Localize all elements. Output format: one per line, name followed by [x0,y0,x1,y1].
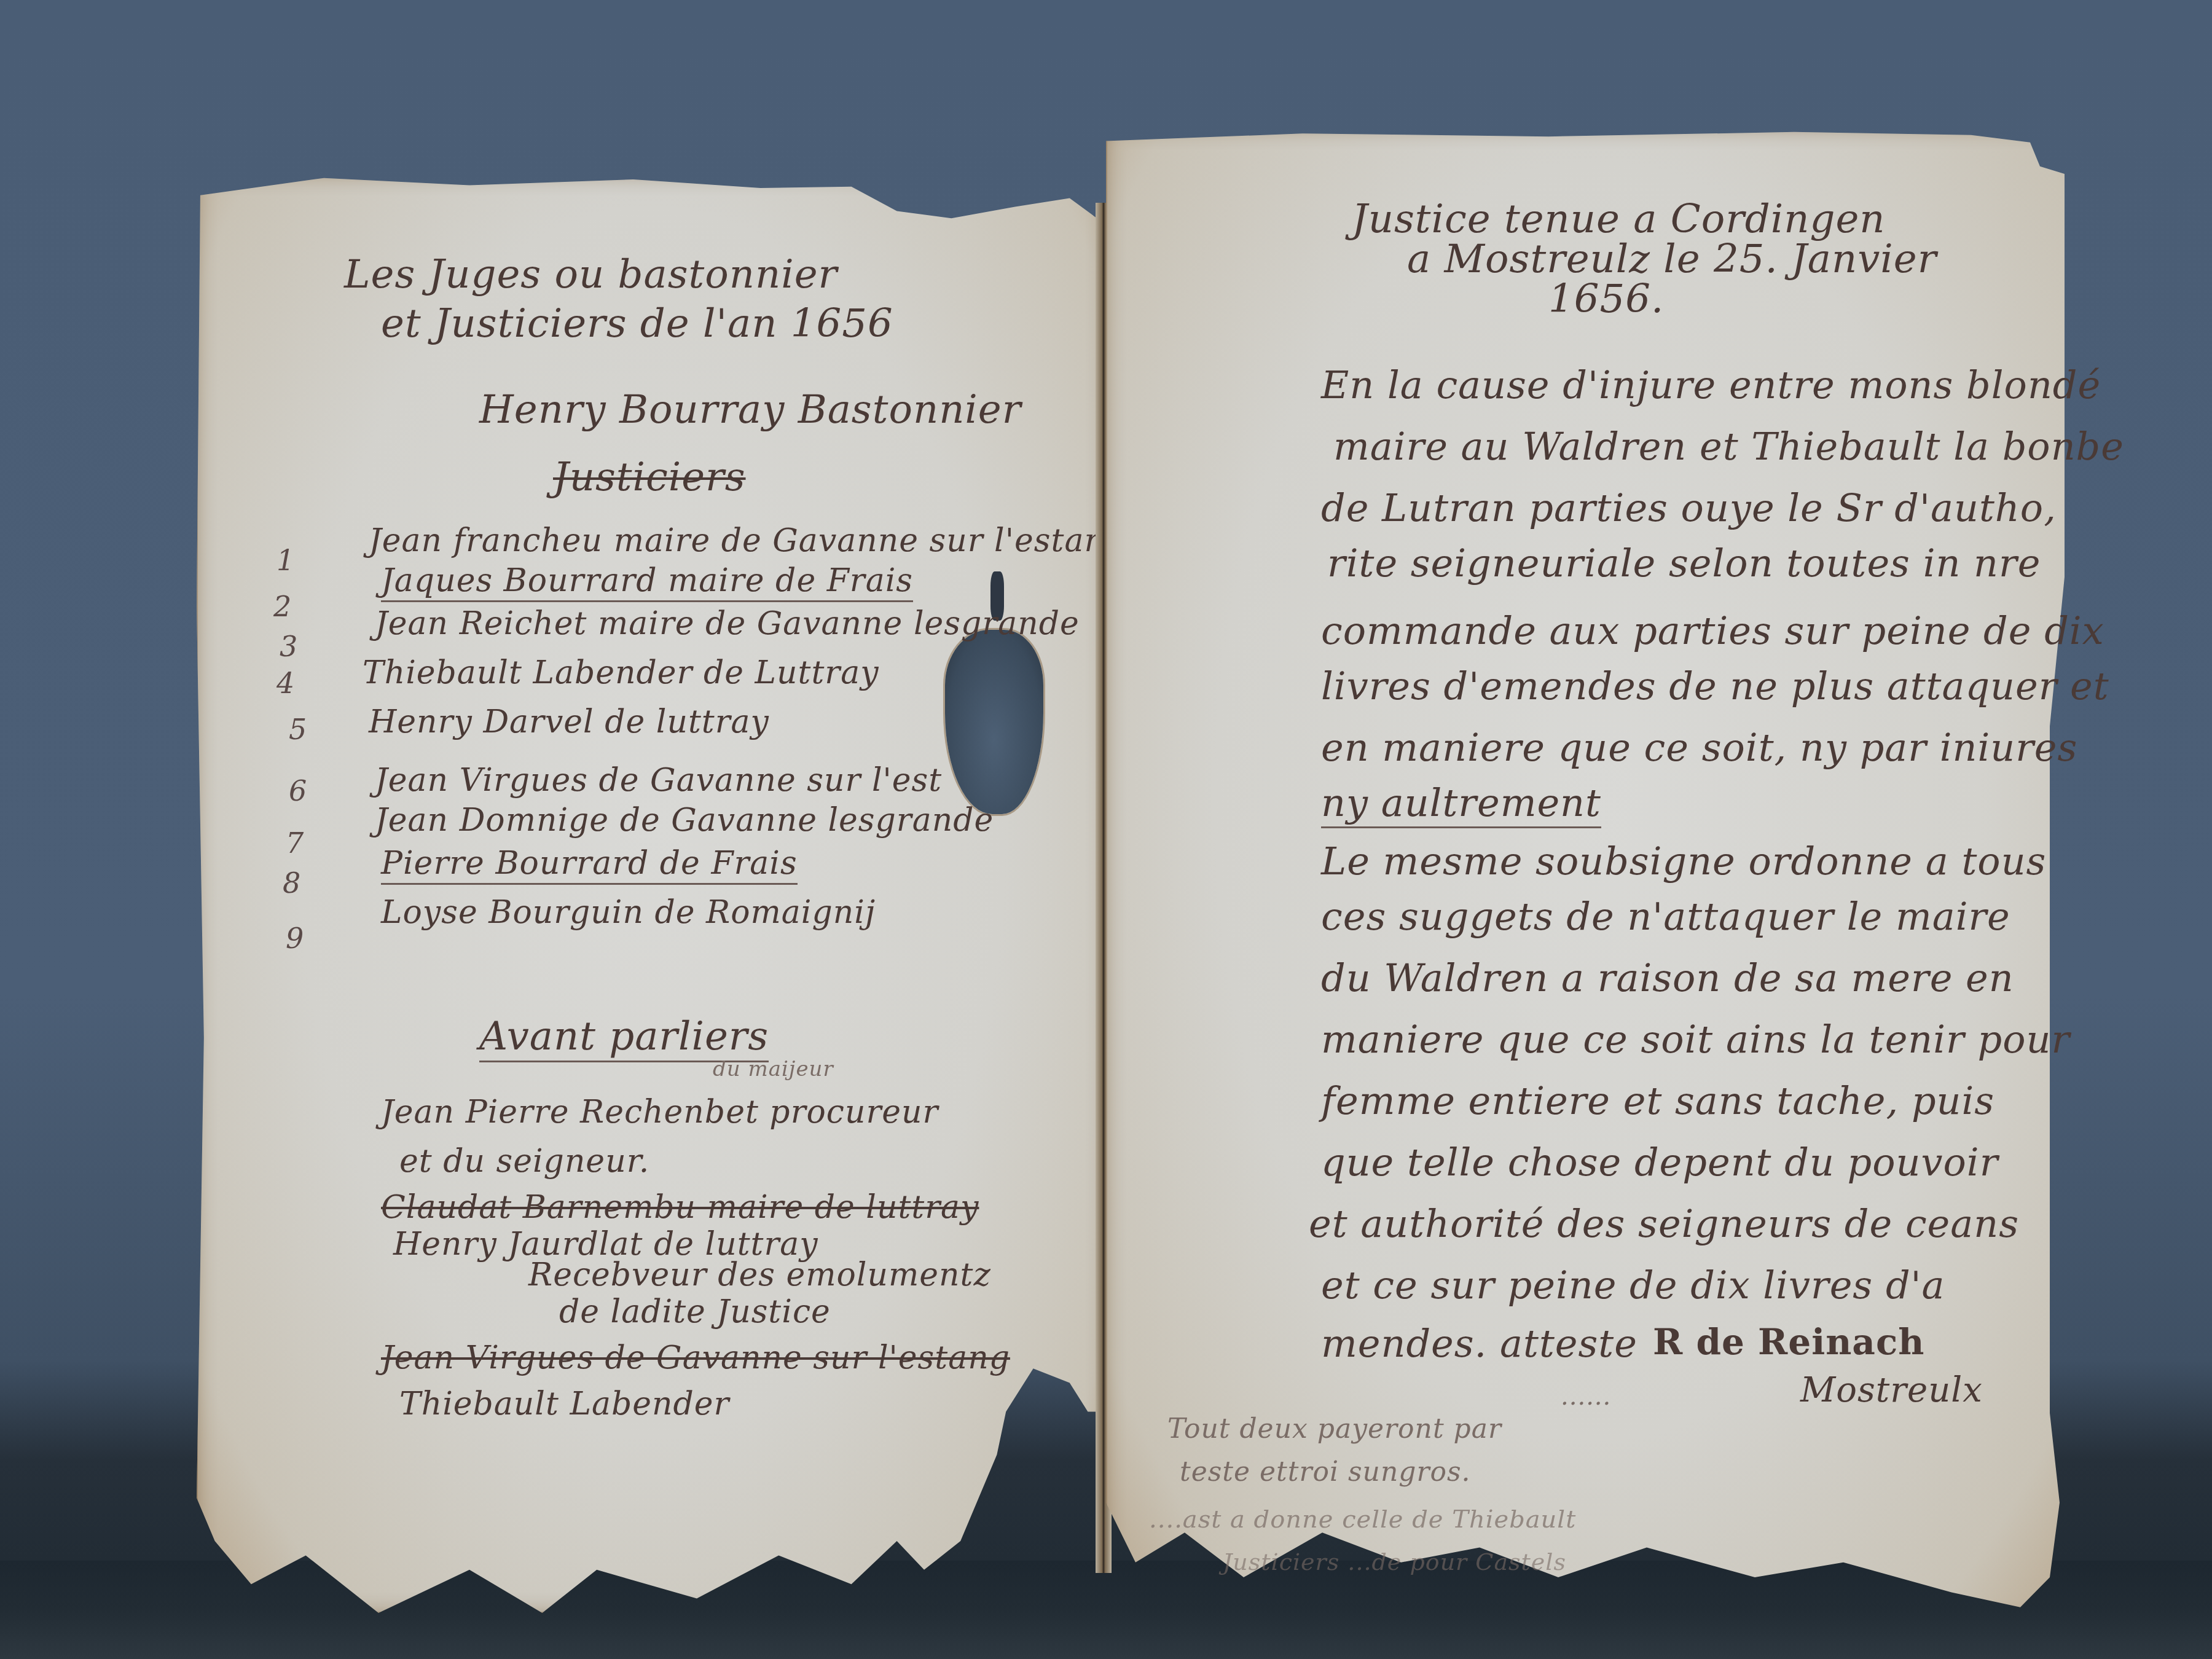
list-number: 3 [280,630,297,663]
section-heading: Avant parliers [479,1014,769,1062]
left-heading-line2: et Justiciers de l'an 1656 [381,301,893,347]
body-line: ces suggets de n'attaquer le maire [1321,894,2010,939]
left-subheading-line2: Justiciers [553,455,746,500]
list-number: 8 [283,866,300,900]
body-line: maire au Waldren et Thiebault la bonbe [1333,424,2124,469]
left-heading-line1: Les Juges ou bastonnier [344,252,837,297]
list-number: 9 [286,922,304,955]
list-item: Pierre Bourrard de Frais [381,845,798,885]
body-line: que telle chose depent du pouvoir [1321,1140,1998,1185]
signature-place: Mostreulx [1800,1370,1983,1410]
signature-dots: ...... [1561,1382,1611,1411]
entry: Thiebault Labender [399,1386,729,1422]
list-number: 7 [286,826,304,860]
body-line: livres d'emendes de ne plus attaquer et [1321,664,2109,708]
paper-hole [945,630,1043,814]
body-line: de Lutran parties ouye le Sr d'autho, [1321,485,2057,530]
body-line: et ce sur peine de dix livres d'a [1321,1263,1945,1308]
body-line: Le mesme soubsigne ordonne a tous [1321,839,2046,884]
body-line: en maniere que ce soit, ny par iniures [1321,725,2077,770]
list-number: 6 [289,774,307,807]
list-item: Jean francheu maire de Gavanne sur l'est… [369,522,1126,559]
body-line: En la cause d'injure entre mons blondé [1321,363,2101,407]
body-line: du Waldren a raison de sa mere en [1321,955,2014,1000]
list-item: Loyse Bourguin de Romaignij [381,894,876,931]
list-number: 5 [289,713,307,746]
list-item: Henry Darvel de luttray [369,704,769,740]
entry: Jean Pierre Rechenbet procureur [381,1094,938,1131]
left-subheading-line1: Henry Bourray Bastonnier [479,387,1021,433]
entry: Recebveur des emolumentz [528,1257,991,1293]
list-item: Jaques Bourrard maire de Frais [381,562,913,602]
list-number: 2 [273,590,291,623]
footnote-line: Justiciers ...de pour Castels [1223,1548,1566,1575]
right-heading-line2: a Mostreulz le 25. Janvier [1407,237,1937,282]
list-number: 4 [276,667,294,700]
entry-struck: Jean Virgues de Gavanne sur l'estang [381,1339,1010,1376]
footnote-line: teste ettroi sungros. [1180,1456,1471,1488]
body-line: rite seigneuriale selon toutes in nre [1327,541,2041,586]
list-item: Jean Virgues de Gavanne sur l'est [375,762,942,799]
right-heading-line3: 1656. [1548,276,1664,322]
body-line: mendes. atteste [1321,1321,1637,1366]
list-item: Jean Domnige de Gavanne lesgrande [375,802,994,839]
body-line: ny aultrement [1321,780,1601,828]
body-line: commande aux parties sur peine de dix [1321,608,2104,653]
list-number: 1 [276,544,294,577]
list-item: Thiebault Labender de Luttray [363,654,879,691]
list-item: Jean Reichet maire de Gavanne lesgrande [375,605,1080,642]
entry-struck: Claudat Barnembu maire de luttray [381,1189,979,1226]
entry: et du seigneur. [399,1143,649,1180]
entry: de ladite Justice [559,1293,831,1330]
signature-name: R de Reinach [1653,1321,1924,1363]
body-line: femme entiere et sans tache, puis [1321,1078,1994,1123]
right-heading-line1: Justice tenue a Cordingen [1352,197,1886,242]
interlinear-insert: du maijeur [713,1057,834,1081]
body-line: et authorité des seigneurs de ceans [1309,1201,2019,1246]
footnote-line: Tout deux payeront par [1167,1413,1502,1445]
body-line: maniere que ce soit ains la tenir pour [1321,1017,2070,1062]
footnote-line: ....ast a donne celle de Thiebault [1149,1505,1576,1534]
